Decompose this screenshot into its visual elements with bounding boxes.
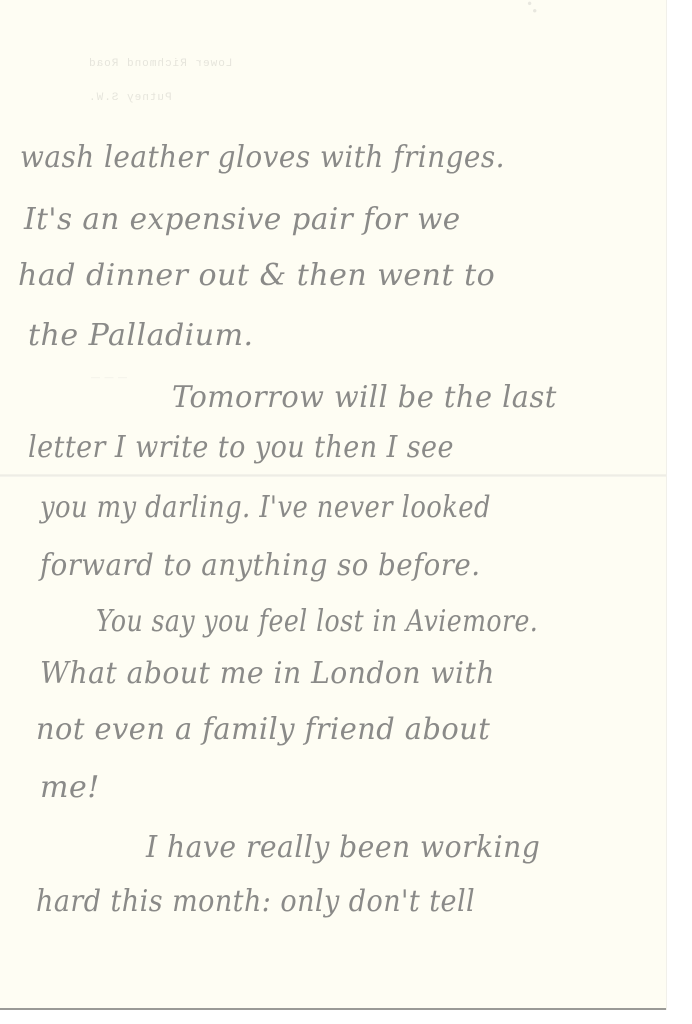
letter-line-14: hard this month: only don't tell xyxy=(36,884,475,919)
letter-line-7: you my darling. I've never looked xyxy=(40,490,491,525)
letterhead-line-1: Lower Richmond Road xyxy=(88,52,288,76)
letterhead-subline xyxy=(88,76,288,86)
letter-line-8: forward to anything so before. xyxy=(40,548,480,583)
embossed-stamp: ● ● ● xyxy=(518,0,540,16)
letter-line-12: me! xyxy=(40,770,100,805)
letter-line-5: Tomorrow will be the last xyxy=(172,380,557,415)
letter-line-1: wash leather gloves with fringes. xyxy=(20,140,505,175)
letter-line-6: letter I write to you then I see xyxy=(28,430,454,465)
letter-line-13: I have really been working xyxy=(146,830,540,865)
letter-line-2: It's an expensive pair for we xyxy=(24,202,461,237)
letter-line-11: not even a family friend about xyxy=(36,712,490,747)
letter-line-9: You say you feel lost in Aviemore. xyxy=(96,604,538,639)
letterhead-show-through: Lower Richmond Road Putney S.W. xyxy=(88,52,288,110)
letterhead-line-2: Putney S.W. xyxy=(88,86,288,110)
letter-line-3: had dinner out & then went to xyxy=(18,258,495,293)
letter-line-4: the Palladium. xyxy=(28,318,254,353)
letter-page: Lower Richmond Road Putney S.W. ● ● ● — … xyxy=(0,0,666,1010)
show-through-marks: — — — xyxy=(90,372,127,382)
fold-crease xyxy=(0,474,666,477)
letter-line-10: What about me in London with xyxy=(40,656,495,691)
